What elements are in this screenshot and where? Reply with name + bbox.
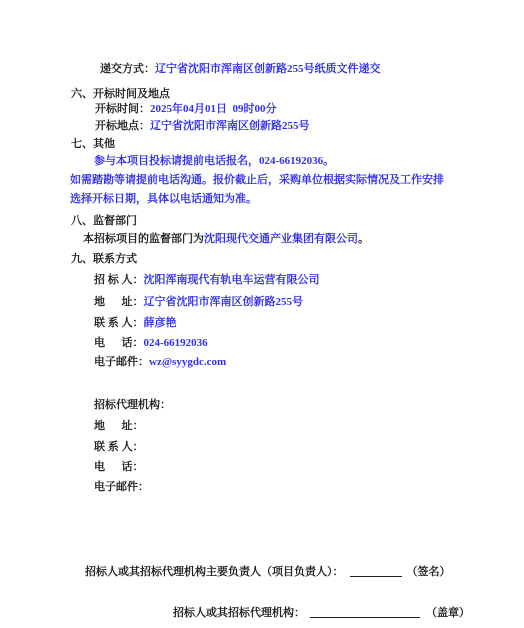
agency-heading: 招标代理机构： [94,399,171,412]
signature-blank-line [350,566,402,577]
email-line: 电子邮件：wz@syygdc.com [94,356,226,369]
bid-open-place-line: 开标地点：辽宁省沈阳市浑南区创新路255号 [95,120,310,133]
section6-heading: 六、开标时间及地点 [71,88,170,101]
supervision-department-name: 沈阳现代交通产业集团有限公司 [204,233,358,245]
bid-open-time-value: 2025年04月01日 09时00分 [150,103,277,115]
bid-open-place-label: 开标地点： [95,120,150,132]
tenderer-label: 招 标 人： [94,274,144,286]
principal-signature-line: 招标人或其招标代理机构主要负责人（项目负责人）：（签名） [85,566,451,579]
email-label: 电子邮件： [94,356,149,368]
bid-open-place-value: 辽宁省沈阳市浑南区创新路255号 [150,120,310,132]
seal-blank-line [310,607,420,618]
tenderer-value: 沈阳浑南现代有轨电车运营有限公司 [144,274,320,286]
submission-method-line: 递交方式：辽宁省沈阳市浑南区创新路255号纸质文件递交 [100,63,381,76]
address-value: 辽宁省沈阳市浑南区创新路255号 [144,296,304,308]
section8-heading: 八、监督部门 [71,215,137,228]
section9-heading: 九、联系方式 [71,253,137,266]
signature-suffix: （签名） [407,566,451,578]
bid-open-time-line: 开标时间：2025年04月01日 09时00分 [95,103,277,116]
agency-seal-line: 招标人或其招标代理机构：（盖章） [173,607,470,620]
submission-method-value: 辽宁省沈阳市浑南区创新路255号纸质文件递交 [155,63,381,75]
bid-open-time-label: 开标时间： [95,103,150,115]
phone-line: 电 话：024-66192036 [94,337,208,350]
supervision-sentence-prefix: 本招标项目的监督部门为 [83,233,204,245]
contact-person-line: 联 系 人：薛彦艳 [94,317,177,330]
agency-phone-label: 电 话： [94,461,144,474]
supervision-sentence-suffix: 。 [358,233,369,245]
agency-email-label: 电子邮件： [94,481,149,494]
agency-contact-label: 联 系 人： [94,441,144,454]
section7-heading: 七、其他 [71,138,115,151]
agency-seal-label: 招标人或其招标代理机构： [173,607,305,619]
seal-suffix: （盖章） [426,607,470,619]
submission-method-label: 递交方式： [100,63,155,75]
phone-value: 024-66192036 [144,337,208,349]
address-line: 地 址：辽宁省沈阳市浑南区创新路255号 [94,296,303,309]
phone-label: 电 话： [94,337,144,349]
tenderer-line: 招 标 人：沈阳浑南现代有轨电车运营有限公司 [94,274,320,287]
contact-person-value: 薛彦艳 [144,317,177,329]
supervision-sentence: 本招标项目的监督部门为沈阳现代交通产业集团有限公司。 [83,233,369,246]
site-survey-note-line1: 如需踏勘等请提前电话沟通。报价截止后，采购单位根据实际情况及工作安排 [70,174,444,187]
principal-signature-label: 招标人或其招标代理机构主要负责人（项目负责人）： [85,566,344,578]
site-survey-note-line2: 选择开标日期，具体以电话通知为准。 [70,193,257,206]
address-label: 地 址： [94,296,144,308]
tender-document-page: 递交方式：辽宁省沈阳市浑南区创新路255号纸质文件递交 六、开标时间及地点 开标… [0,0,524,628]
phone-registration-note: 参与本项目投标请提前电话报名，024-66192036。 [94,155,334,168]
agency-address-label: 地 址： [94,420,144,433]
email-value: wz@syygdc.com [149,356,226,368]
contact-person-label: 联 系 人： [94,317,144,329]
